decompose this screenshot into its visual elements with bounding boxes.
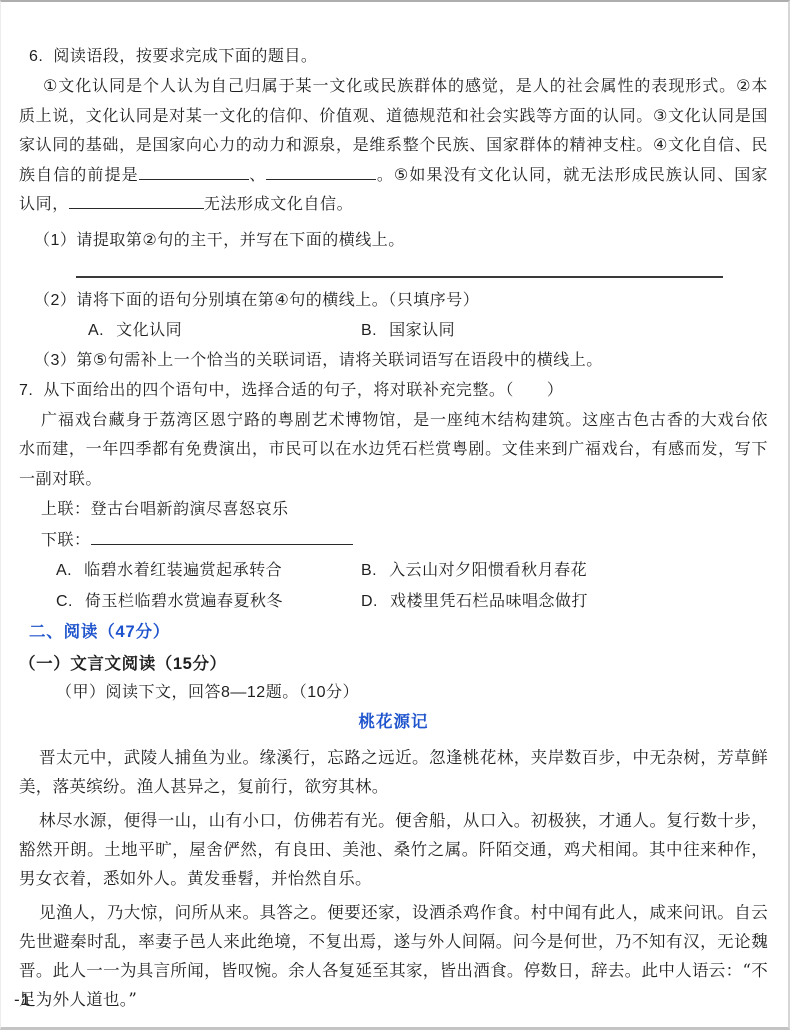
option-b: B.国家认同 [361,316,455,346]
question-7-options-row1: A.临碧水着红装遍赏起承转合 B.入云山对夕阳惯看秋月春花 [19,556,768,586]
classical-essay: 晋太元中，武陵人捕鱼为业。缘溪行，忘路之远近。忽逢桃花林，夹岸数百步，中无杂树，… [19,743,768,1014]
couplet-second-label: 下联： [41,532,91,549]
question-6-sub2-options: A.文化认同 B.国家认同 [19,316,768,346]
essay-paragraph: 晋太元中，武陵人捕鱼为业。缘溪行，忘路之远近。忽逢桃花林，夹岸数百步，中无杂树，… [19,743,768,801]
option-c: C.倚玉栏临碧水赏遍春夏秋冬 [56,587,361,617]
answer-blank [69,194,204,209]
couplet-first-line: 上联：登古台唱新韵演尽喜怒哀乐 [41,494,768,525]
question-7-header: 7.从下面给出的四个语句中，选择合适的句子，将对联补充完整。（ ） [19,376,768,406]
passage-segment: 无法形成文化自信。 [204,196,353,213]
essay-paragraph: 林尽水源，便得一山，山有小口，仿佛若有光。便舍船，从口入。初极狭，才通人。复行数… [19,806,768,893]
couplet-second-line: 下联： [41,525,768,556]
question-7-number: 7. [19,382,33,399]
option-text: 入云山对夕阳惯看秋月春花 [389,562,587,579]
question-7-prompt: 从下面给出的四个语句中，选择合适的句子，将对联补充完整。（ ） [43,382,563,399]
question-6-sub2: （2）请将下面的语句分别填在第④句的横线上。（只填序号） [34,286,768,316]
answer-blank [91,530,353,545]
option-letter: B. [361,322,377,339]
question-7-passage: 广福戏台藏身于荔湾区恩宁路的粤剧艺术博物馆，是一座纯木结构建筑。这座古色古香的大… [19,406,768,495]
question-6-number: 6. [29,48,43,65]
answer-blank [266,165,376,180]
option-text: 倚玉栏临碧水赏遍春夏秋冬 [85,593,283,610]
section-2-heading: 二、阅读（47分） [29,617,768,647]
exam-page: 6.阅读语段，按要求完成下面的题目。 ①文化认同是个人认为自己归属于某一文化或民… [0,0,790,1030]
option-b: B.入云山对夕阳惯看秋月春花 [361,556,587,586]
passage-segment: 、 [249,167,267,184]
section-2-sub-heading: （一）文言文阅读（15分） [19,649,768,679]
reading-instruction: （甲）阅读下文，回答8—12题。（10分） [56,679,768,707]
essay-paragraph: 见渔人，乃大惊，问所从来。具答之。便要还家，设酒杀鸡作食。村中闻有此人，咸来问讯… [19,898,768,1014]
option-letter: A. [56,562,72,579]
answer-blank [139,165,249,180]
option-letter: A. [88,322,104,339]
page-number: -1 [14,990,31,1010]
question-6-prompt: 阅读语段，按要求完成下面的题目。 [53,48,317,65]
option-text: 戏楼里凭石栏品味唱念做打 [390,593,588,610]
option-a: A.临碧水着红装遍赏起承转合 [56,556,361,586]
essay-title: 桃花源记 [19,709,768,735]
question-6-header: 6.阅读语段，按要求完成下面的题目。 [19,42,768,72]
option-d: D.戏楼里凭石栏品味唱念做打 [361,587,588,617]
option-text: 临碧水着红装遍赏起承转合 [84,562,282,579]
option-letter: D. [361,593,378,610]
question-6-sub1: （1）请提取第②句的主干，并写在下面的横线上。 [34,226,768,256]
option-letter: C. [56,593,73,610]
option-a: A.文化认同 [88,316,361,346]
option-letter: B. [361,562,377,579]
answer-line [76,276,723,278]
question-6-sub3: （3）第⑤句需补上一个恰当的关联词语，请将关联词语写在语段中的横线上。 [34,346,768,376]
question-7-options-row2: C.倚玉栏临碧水赏遍春夏秋冬 D.戏楼里凭石栏品味唱念做打 [19,587,768,617]
option-text: 文化认同 [116,322,182,339]
question-6-passage: ①文化认同是个人认为自己归属于某一文化或民族群体的感觉，是人的社会属性的表现形式… [19,72,768,220]
option-text: 国家认同 [389,322,455,339]
